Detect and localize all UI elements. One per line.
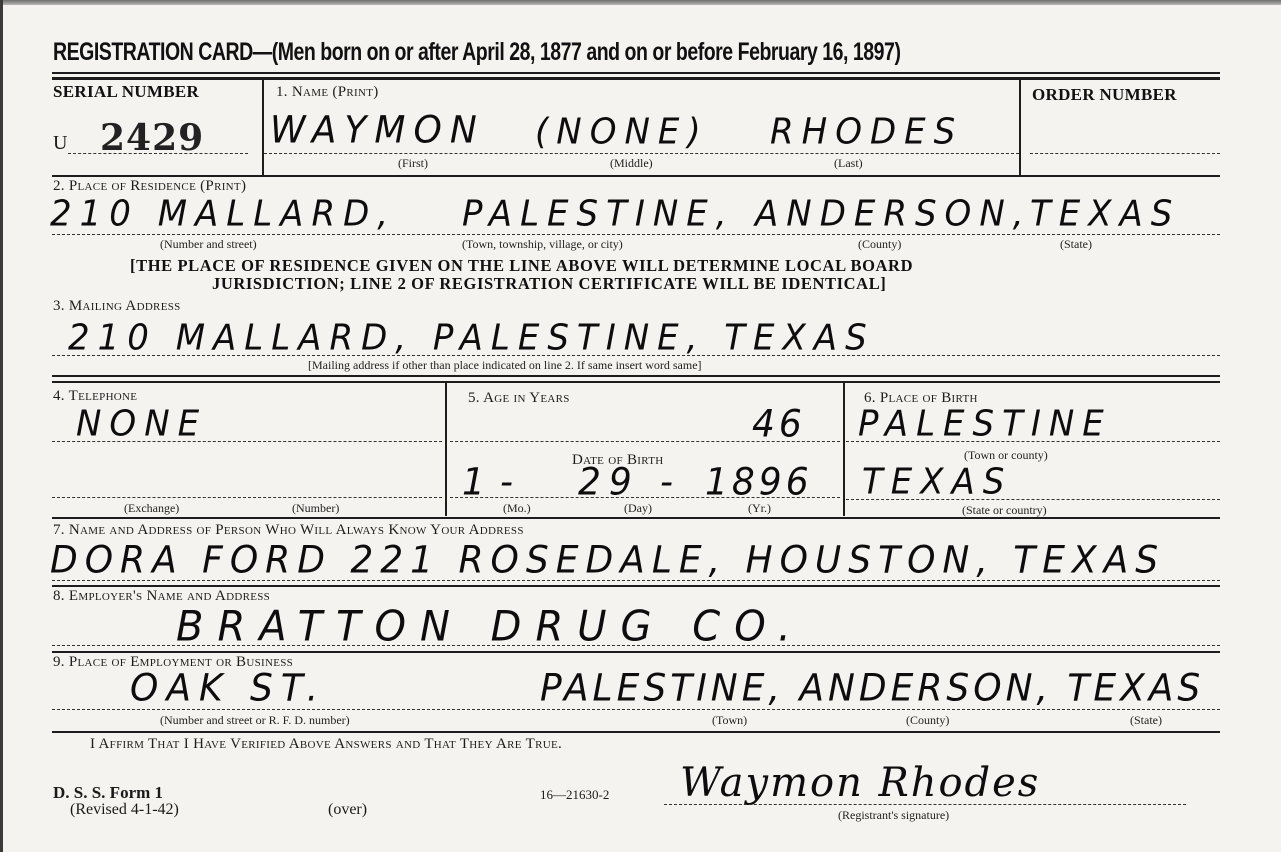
employer-value: BRATTON DRUG CO. [176,603,805,651]
residence-state-value: TEXAS [1030,193,1180,235]
scan-left-edge [0,0,3,852]
last-name-value: RHODES [770,111,963,153]
birth-state-caption: (State or country) [962,503,1047,518]
name-label: 1. Name (Print) [276,84,379,101]
serial-line [68,153,248,154]
exchange-caption: (Exchange) [124,501,179,516]
number-caption: (Number) [292,501,339,516]
telephone-line-2 [52,497,442,498]
row-rule [52,731,1220,733]
residence-street-value: 210 MALLARD, [50,193,396,235]
street-caption: (Number and street) [160,237,257,252]
row-rule [52,375,1220,377]
divider [843,383,845,516]
town-caption: (Town, township, village, or city) [462,237,623,252]
age-label: 5. Age in Years [468,390,570,407]
signature-caption: (Registrant's signature) [838,808,949,823]
print-code: 16—21630-2 [540,787,609,803]
birth-town-value: PALESTINE [858,403,1112,445]
name-line [264,153,1019,154]
mailing-line [52,355,1220,356]
age-line [450,441,840,442]
state-caption: (State) [1060,237,1092,252]
first-caption: (First) [398,156,428,171]
employment-state-caption: (State) [1130,713,1162,728]
first-name-value: WAYMON [270,109,485,152]
order-number-line [1030,153,1220,154]
employment-line [52,709,1220,710]
form-revision: (Revised 4-1-42) [70,801,179,819]
jurisdiction-notice-line1: [THE PLACE OF RESIDENCE GIVEN ON THE LIN… [130,256,913,276]
order-number-label: ORDER NUMBER [1032,85,1177,105]
registrant-signature: Waymon Rhodes [680,760,1040,806]
mailing-caption: [Mailing address if other than place ind… [308,358,702,373]
jurisdiction-notice-line2: JURISDICTION; LINE 2 OF REGISTRATION CER… [212,274,886,294]
birth-town-line [846,441,1220,442]
employment-street-value: OAK ST. [130,667,326,710]
dob-line [450,497,840,498]
employment-town-county-state-value: PALESTINE, ANDERSON, TEXAS [540,667,1204,710]
title-rule [52,72,1220,74]
over-note: (over) [328,801,367,819]
birth-state-line [846,499,1220,500]
row-rule [52,651,1220,653]
divider [445,383,447,516]
last-caption: (Last) [834,156,863,171]
contact-label: 7. Name and Address of Person Who Will A… [53,522,524,539]
employment-street-caption: (Number and street or R. F. D. number) [160,713,350,728]
middle-caption: (Middle) [610,156,653,171]
mailing-address-label: 3. Mailing Address [53,298,181,315]
row-rule [52,517,1220,519]
telephone-line [52,441,442,442]
contact-line [52,580,1220,581]
employment-town-caption: (Town) [712,713,747,728]
row-rule [52,381,1220,383]
scan-top-edge [0,0,1281,5]
telephone-value: NONE [76,403,207,445]
divider [262,80,264,176]
year-caption: (Yr.) [748,501,771,516]
affirmation-text: I Affirm That I Have Verified Above Answ… [90,736,562,753]
contact-value: DORA FORD 221 ROSEDALE, HOUSTON, TEXAS [50,539,1165,582]
divider [1019,80,1021,176]
row-rule [52,175,1220,177]
employer-line [52,645,1220,646]
birth-state-value: TEXAS [862,461,1012,503]
day-caption: (Day) [624,501,652,516]
residence-county-value: ANDERSON, [755,193,1032,235]
middle-name-value: (NONE) [535,111,709,153]
row-rule [52,585,1220,587]
age-value: 46 [752,403,806,446]
title-rule-thick [52,77,1220,80]
card-title: REGISTRATION CARD—(Men born on or after … [53,38,900,67]
serial-number-label: SERIAL NUMBER [53,82,199,102]
serial-prefix: U [53,132,67,155]
residence-line [52,234,1220,235]
residence-town-value: PALESTINE, [462,193,735,235]
employment-county-caption: (County) [906,713,949,728]
signature-line [664,804,1186,805]
form-name: D. S. S. Form 1 [53,783,163,803]
county-caption: (County) [858,237,901,252]
month-caption: (Mo.) [503,501,531,516]
mailing-address-value: 210 MALLARD, PALESTINE, TEXAS [68,317,875,359]
